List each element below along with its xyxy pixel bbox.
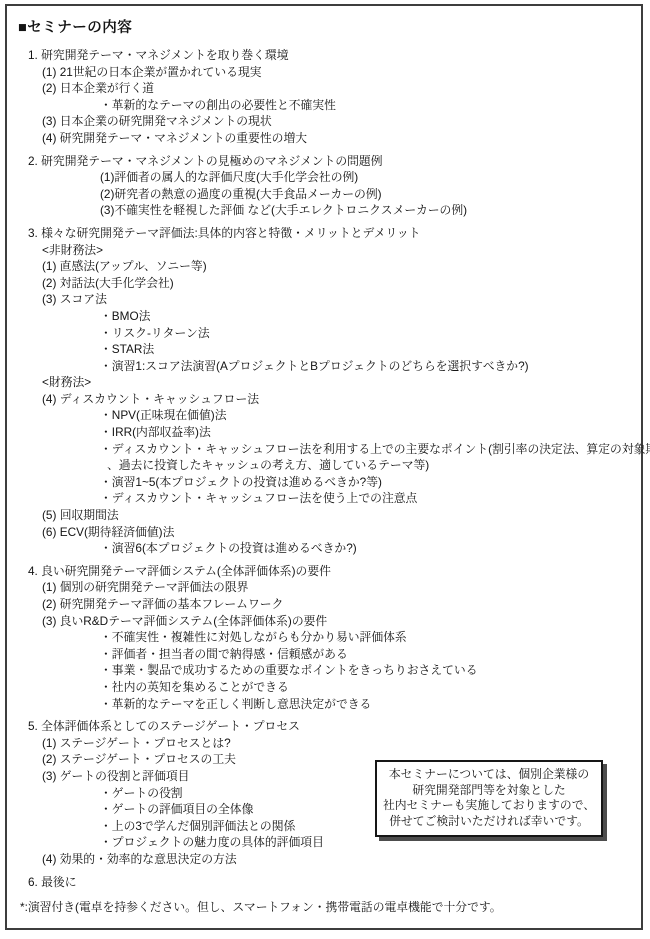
side-note-line: 社内セミナーも実施しておりますので、 bbox=[381, 798, 597, 814]
outline-item: (4) 効果的・効率的な意思決定の方法 bbox=[18, 851, 631, 868]
outline-item: <財務法> bbox=[18, 374, 631, 391]
outline-item: (1) 直感法(アップル、ソニー等) bbox=[18, 258, 631, 275]
outline-item: (4) ディスカウント・キャッシュフロー法 bbox=[18, 391, 631, 408]
outline-item: (2) 研究開発テーマ評価の基本フレームワーク bbox=[18, 596, 631, 613]
outline-bullet-item: ・革新的なテーマを正しく判断し意思決定ができる bbox=[18, 696, 631, 713]
outline-section: 3. 様々な研究開発テーマ評価法:具体的内容と特徴・メリットとデメリット<非財務… bbox=[18, 225, 631, 557]
outline-item: (3) 良いR&Dテーマ評価システム(全体評価体系)の要件 bbox=[18, 613, 631, 630]
outline-item: (2)研究者の熱意の過度の重視(大手食品メーカーの例) bbox=[18, 186, 631, 203]
section-heading: 2. 研究開発テーマ・マネジメントの見極めのマネジメントの問題例 bbox=[18, 153, 631, 170]
section-heading: 1. 研究開発テーマ・マネジメントを取り巻く環境 bbox=[18, 47, 631, 64]
section-heading: 3. 様々な研究開発テーマ評価法:具体的内容と特徴・メリットとデメリット bbox=[18, 225, 631, 242]
outline-bullet-item: ・STAR法 bbox=[18, 341, 631, 358]
section-heading: 4. 良い研究開発テーマ評価システム(全体評価体系)の要件 bbox=[18, 563, 631, 580]
seminar-contents-page: ■セミナーの内容 1. 研究開発テーマ・マネジメントを取り巻く環境(1) 21世… bbox=[0, 0, 650, 939]
outline-bullet-item: ・事業・製品で成功するための重要なポイントをきっちりおさえている bbox=[18, 662, 631, 679]
outline-bullet-item: ・革新的なテーマの創出の必要性と不確実性 bbox=[18, 97, 631, 114]
outline-item: (2) 日本企業が行く道 bbox=[18, 80, 631, 97]
outline-item: (5) 回収期間法 bbox=[18, 507, 631, 524]
outline-bullet-item: ・演習1~5(本プロジェクトの投資は進めるべきか?等) bbox=[18, 474, 631, 491]
outline-bullet-item: ・演習6(本プロジェクトの投資は進めるべきか?) bbox=[18, 540, 631, 557]
outline-bullet-item: ・社内の英知を集めることができる bbox=[18, 679, 631, 696]
outline-bullet-item: ・演習1:スコア法演習(AプロジェクトとBプロジェクトのどちらを選択すべきか?) bbox=[18, 358, 631, 375]
outline-item: (6) ECV(期待経済価値)法 bbox=[18, 524, 631, 541]
outline-bullet-item: ・ディスカウント・キャッシュフロー法を使う上での注意点 bbox=[18, 490, 631, 507]
outline-bullet-item: ・不確実性・複雑性に対処しながらも分かり易い評価体系 bbox=[18, 629, 631, 646]
footnote: *:演習付き(電卓を持参ください。但し、スマートフォン・携帯電話の電卓機能で十分… bbox=[18, 899, 631, 916]
outline-item: (2) 対話法(大手化学会社) bbox=[18, 275, 631, 292]
outline-item: (1) 個別の研究開発テーマ評価法の限界 bbox=[18, 579, 631, 596]
side-note-box: 本セミナーについては、個別企業様の研究開発部門等を対象とした社内セミナーも実施し… bbox=[375, 760, 603, 837]
outline-section: 6. 最後に bbox=[18, 874, 631, 891]
outline-item: (3)不確実性を軽視した評価 など(大手エレクトロニクスメーカーの例) bbox=[18, 202, 631, 219]
outline-bullet-item: ・BMO法 bbox=[18, 308, 631, 325]
section-heading: 6. 最後に bbox=[18, 874, 631, 891]
outline-item: (1) ステージゲート・プロセスとは? bbox=[18, 735, 631, 752]
outline-bullet-item: ・評価者・担当者の間で納得感・信頼感がある bbox=[18, 646, 631, 663]
outline-bullet-item: ・IRR(内部収益率)法 bbox=[18, 424, 631, 441]
outline-item: <非財務法> bbox=[18, 242, 631, 259]
side-note-line: 併せてご検討いただければ幸いです。 bbox=[381, 814, 597, 830]
outline-bullet-item: ・ディスカウント・キャッシュフロー法を利用する上での主要なポイント(割引率の決定… bbox=[18, 441, 631, 458]
section-heading: 5. 全体評価体系としてのステージゲート・プロセス bbox=[18, 718, 631, 735]
side-note-line: 研究開発部門等を対象とした bbox=[381, 783, 597, 799]
outline-bullet-item: ・NPV(正味現在価値)法 bbox=[18, 407, 631, 424]
outline-section: 4. 良い研究開発テーマ評価システム(全体評価体系)の要件(1) 個別の研究開発… bbox=[18, 563, 631, 712]
outline-section: 1. 研究開発テーマ・マネジメントを取り巻く環境(1) 21世紀の日本企業が置か… bbox=[18, 47, 631, 147]
outline-section: 2. 研究開発テーマ・マネジメントの見極めのマネジメントの問題例(1)評価者の属… bbox=[18, 153, 631, 219]
outline-item: (3) スコア法 bbox=[18, 291, 631, 308]
outline-item: (4) 研究開発テーマ・マネジメントの重要性の増大 bbox=[18, 130, 631, 147]
outline-item: 、過去に投資したキャッシュの考え方、適しているテーマ等) bbox=[18, 457, 631, 474]
page-title: ■セミナーの内容 bbox=[18, 16, 631, 37]
outline-item: (1)評価者の属人的な評価尺度(大手化学会社の例) bbox=[18, 169, 631, 186]
outline-item: (1) 21世紀の日本企業が置かれている現実 bbox=[18, 64, 631, 81]
side-note-line: 本セミナーについては、個別企業様の bbox=[381, 767, 597, 783]
outline-bullet-item: ・リスク-リターン法 bbox=[18, 325, 631, 342]
outline-item: (3) 日本企業の研究開発マネジメントの現状 bbox=[18, 113, 631, 130]
